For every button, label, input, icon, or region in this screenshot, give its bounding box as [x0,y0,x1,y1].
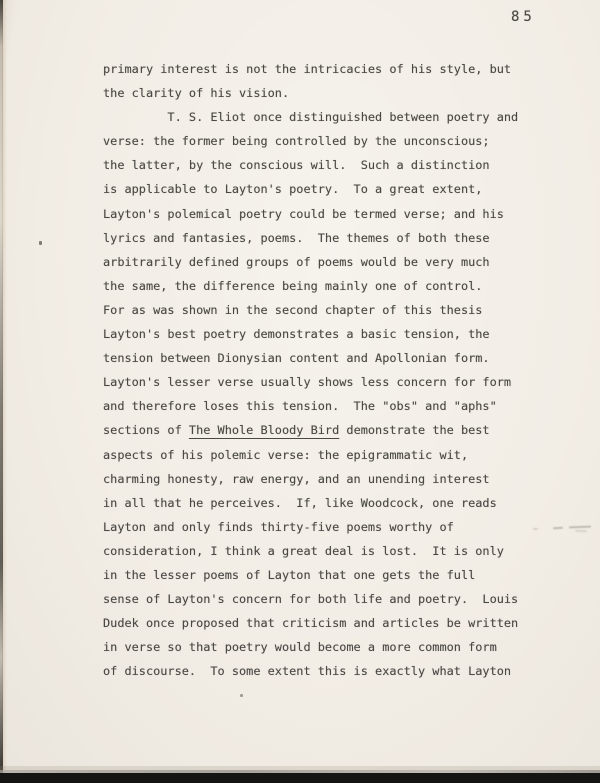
ink-speck-bottom-center [240,694,243,697]
scanned-thesis-page: 85 primary interest is not the intricaci… [0,0,600,783]
pencil-smudge-right-margin [531,522,595,534]
text-line: Layton and only finds thirty-five poems … [103,515,543,539]
text-line: lyrics and fantasies, poems. The themes … [103,226,543,250]
bottom-scan-bar [0,773,600,783]
text-line: the clarity of his vision. [103,81,543,105]
text-line: and therefore loses this tension. The "o… [103,394,543,418]
page-number: 85 [511,9,536,25]
text-line: Layton's polemical poetry could be terme… [103,202,543,226]
text-line: verse: the former being controlled by th… [103,129,543,153]
text-line: charming honesty, raw energy, and an une… [103,467,543,491]
text-line: aspects of his polemic verse: the epigra… [103,443,543,467]
text-line: is applicable to Layton's poetry. To a g… [103,177,543,201]
ink-speck-left-margin [39,241,42,245]
text-line: Layton's lesser verse usually shows less… [103,370,543,394]
text-line: Dudek once proposed that criticism and a… [103,611,543,635]
text-line: T. S. Eliot once distinguished between p… [103,105,543,129]
text-block: primary interest is not the intricacies … [103,57,543,683]
text-line: Layton's best poetry demonstrates a basi… [103,322,543,346]
text-line: primary interest is not the intricacies … [103,57,543,81]
text-line: the latter, by the conscious will. Such … [103,153,543,177]
text-line: the same, the difference being mainly on… [103,274,543,298]
text-line: of discourse. To some extent this is exa… [103,659,543,683]
text-line: For as was shown in the second chapter o… [103,298,543,322]
text-line: in all that he perceives. If, like Woodc… [103,491,543,515]
text-line: in verse so that poetry would become a m… [103,635,543,659]
text-line: tension between Dionysian content and Ap… [103,346,543,370]
left-scan-edge [0,0,3,783]
text-line: sense of Layton's concern for both life … [103,587,543,611]
text-line: consideration, I think a great deal is l… [103,539,543,563]
text-line: in the lesser poems of Layton that one g… [103,563,543,587]
text-line: arbitrarily defined groups of poems woul… [103,250,543,274]
text-line: sections of The Whole Bloody Bird demons… [103,418,543,442]
underlined-book-title: The Whole Bloody Bird [189,423,339,437]
